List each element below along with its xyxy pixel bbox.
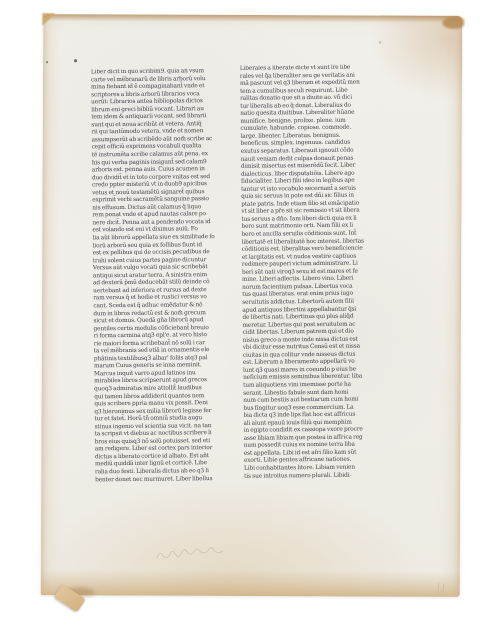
text-column-right: Liberales a liberate dicte vt sunt lr̃e … xyxy=(240,64,380,489)
photo-backdrop: Liber dicit̃ in quo scribim9. quia añ vs… xyxy=(0,0,500,625)
pencil-inscription xyxy=(153,546,243,564)
text-column-left: Liber dicit̃ in quo scribim9. quia añ vs… xyxy=(91,68,231,493)
incunable-leaf: Liber dicit̃ in quo scribim9. quia añ vs… xyxy=(41,14,463,597)
pencil-corner-mark xyxy=(435,581,451,595)
printed-text-block: Liber dicit̃ in quo scribim9. quia añ vs… xyxy=(43,13,468,598)
